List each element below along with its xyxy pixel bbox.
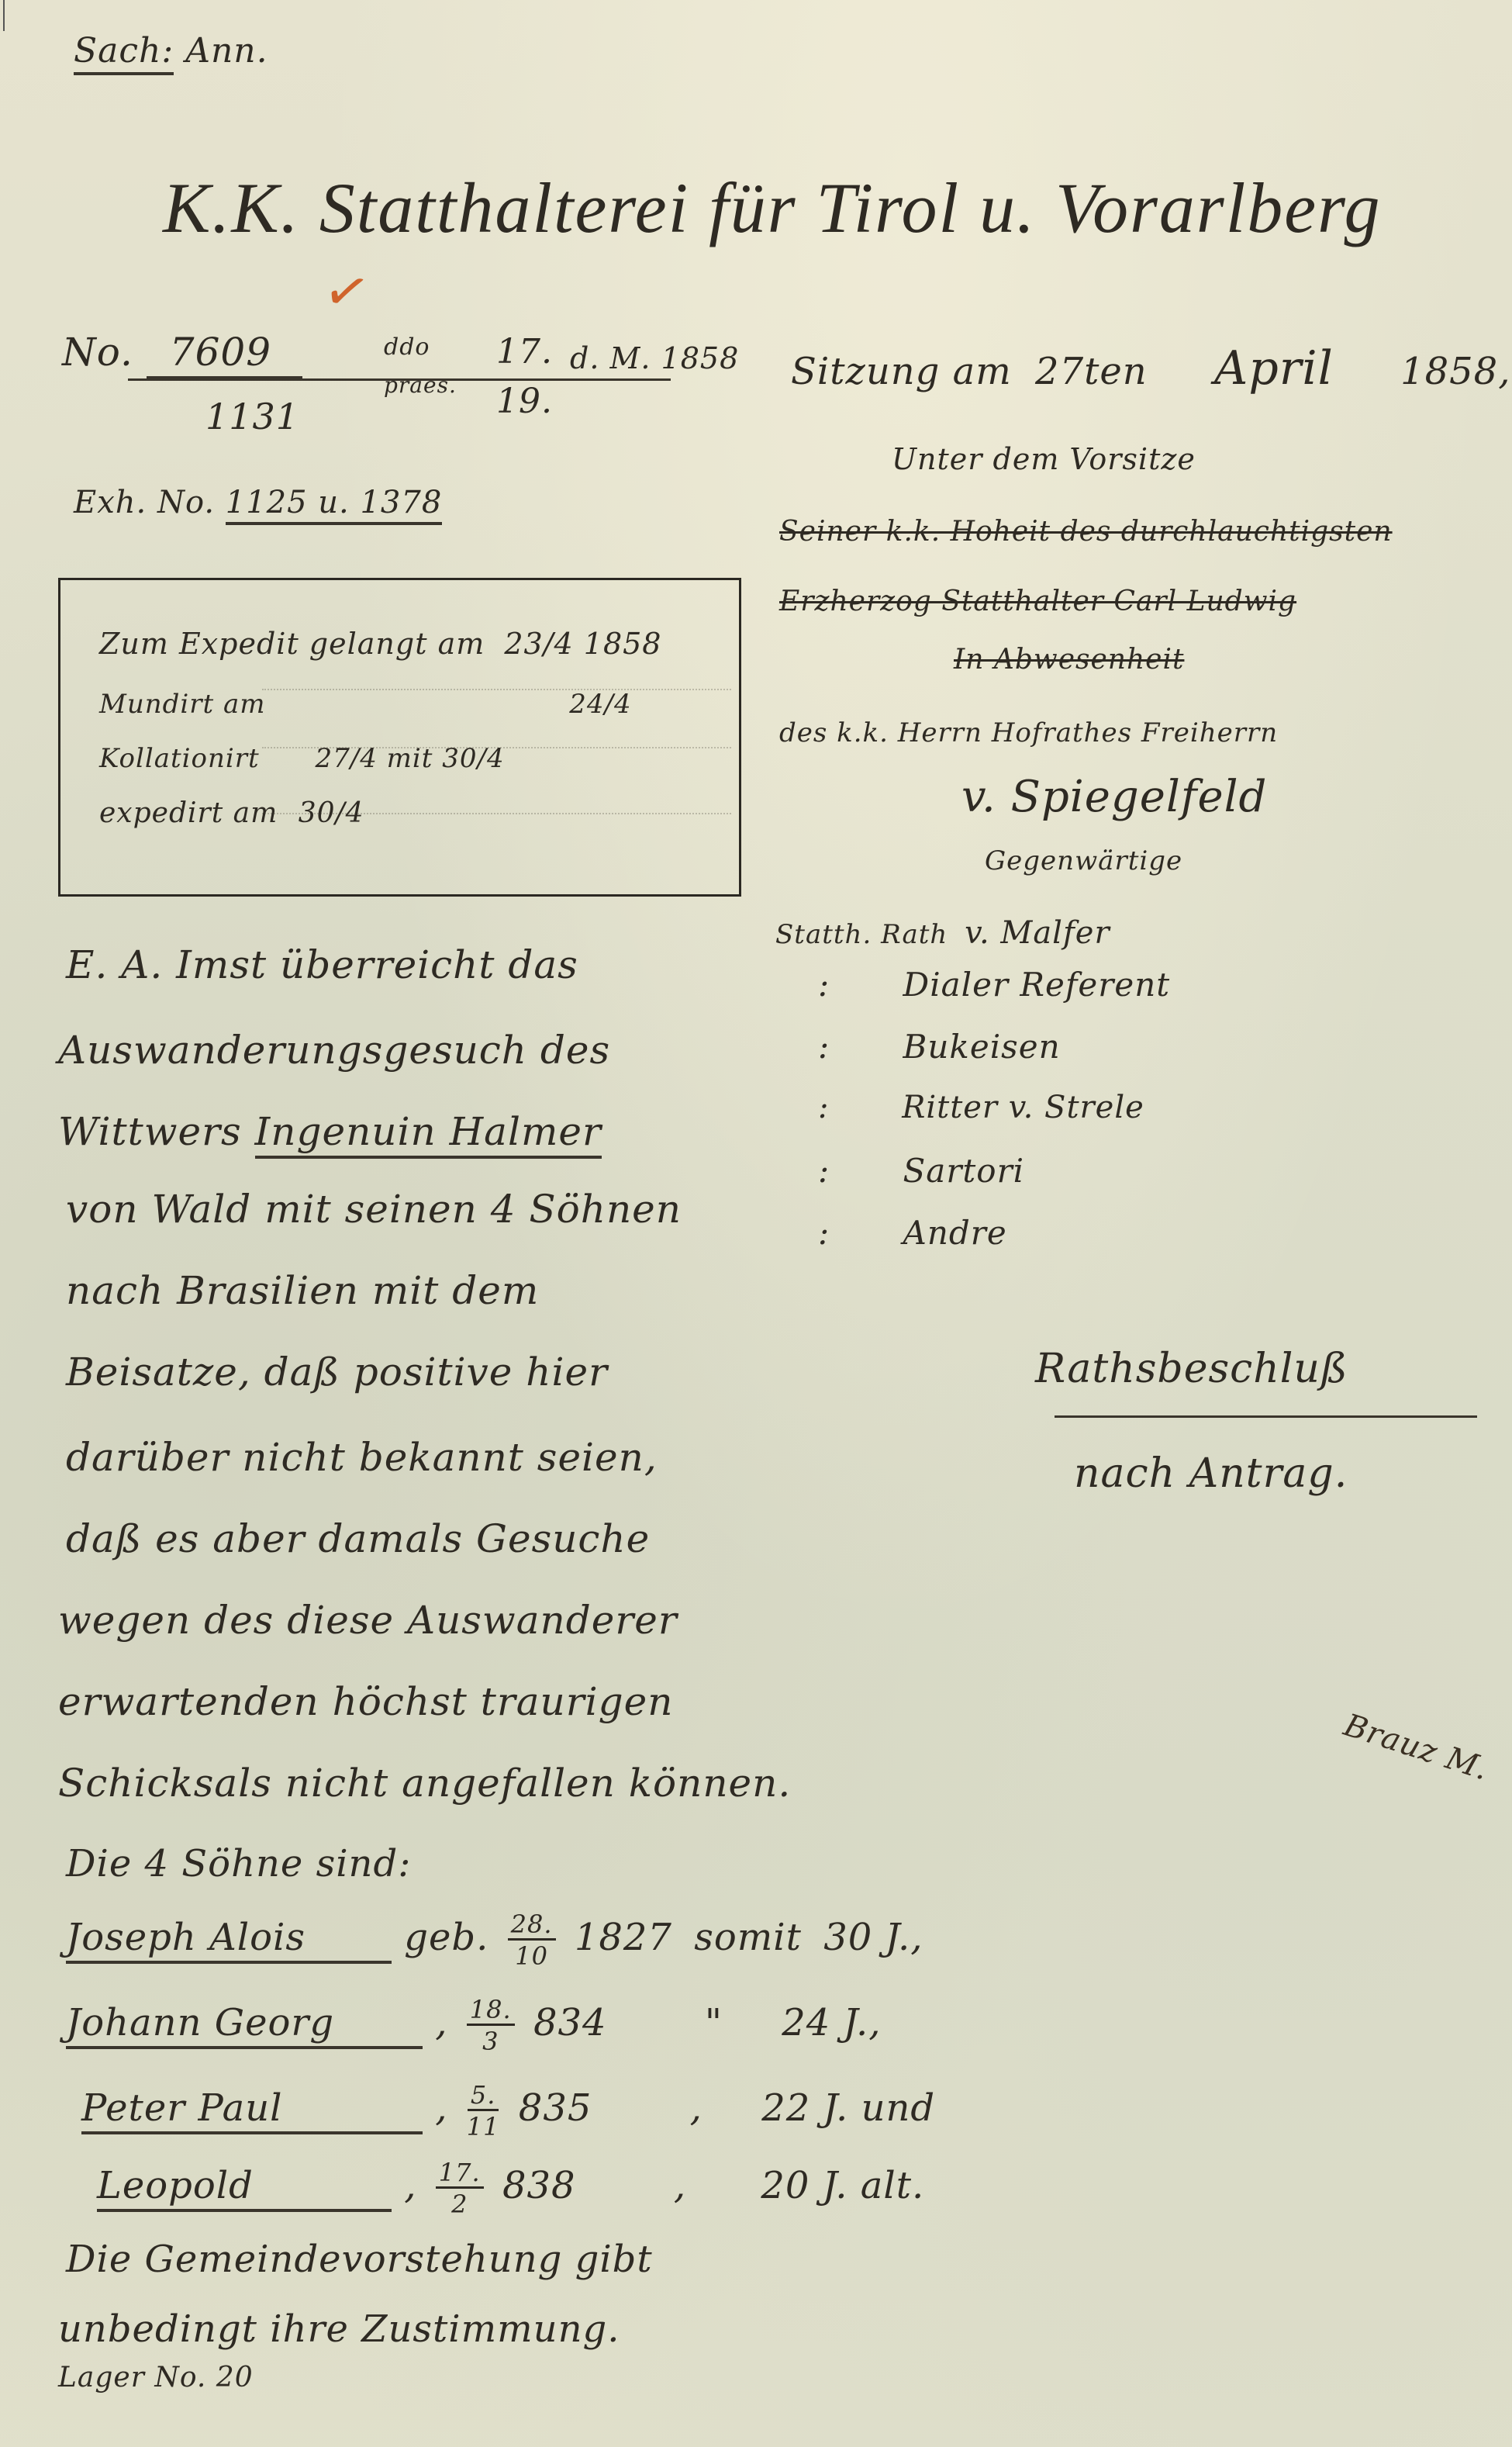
expedit-row-label: Kollationirt xyxy=(99,743,260,774)
son-birth-date: 28.10 xyxy=(508,1912,556,1968)
son-birth-date: 17.2 xyxy=(436,2160,484,2217)
member-row: : Andre xyxy=(818,1214,1007,1252)
under-chair-label: Unter dem Vorsitze xyxy=(892,442,1196,476)
reference-number: 7609 xyxy=(147,330,302,379)
expedit-row-value: 23/4 1858 xyxy=(504,627,661,661)
son-age: 30 J., xyxy=(823,1916,923,1959)
closing-line: unbedingt ihre Zustimmung. xyxy=(58,2307,620,2351)
underlined-name: Ingenuin Halmer xyxy=(255,1109,602,1159)
header-note: Sach: Ann. xyxy=(74,31,268,71)
member-row: Statth. Rath v. Malfer xyxy=(775,915,1110,951)
body-line: nach Brasilien mit dem xyxy=(66,1268,539,1313)
praes-day: 19. xyxy=(496,382,553,421)
member-name: Dialer Referent xyxy=(903,966,1171,1004)
expedit-row: Mundirt am 24/4 xyxy=(99,689,632,720)
page-edge-mark xyxy=(3,0,5,31)
struck-line-2: Erzherzog Statthalter Carl Ludwig xyxy=(779,586,1296,617)
member-row: : Bukeisen xyxy=(818,1028,1061,1066)
document-title: K.K. Statthalterei für Tirol u. Vorarlbe… xyxy=(163,167,1382,249)
decision-text: nach Antrag. xyxy=(1074,1450,1348,1497)
member-prefix: : xyxy=(818,1152,830,1190)
son-sep: somit xyxy=(694,1916,802,1959)
expedit-row-label: Zum Expedit gelangt am xyxy=(99,627,485,661)
son-name: Leopold xyxy=(97,2164,392,2212)
session-label: Sitzung am xyxy=(791,350,1012,393)
son-born-label: , xyxy=(435,2001,447,2044)
body-line: erwartenden höchst traurigen xyxy=(58,1679,673,1724)
son-born-label: , xyxy=(404,2164,416,2207)
struck-line-3: In Abwesenheit xyxy=(954,644,1184,676)
presiding-name: v. Spiegelfeld xyxy=(961,772,1267,822)
body-line: darüber nicht bekannt seien, xyxy=(66,1435,658,1480)
reference-line: No. 7609 xyxy=(62,330,302,375)
expedit-row: Zum Expedit gelangt am 23/4 1858 xyxy=(99,627,661,661)
son-name: Peter Paul xyxy=(81,2086,423,2134)
session-line: Sitzung am 27ten April 1858, xyxy=(791,341,1510,396)
son-age: 20 J. alt. xyxy=(761,2164,924,2207)
expedit-row: Kollationirt 27/4 mit 30/4 xyxy=(99,743,505,774)
member-prefix: Statth. Rath xyxy=(775,919,948,950)
member-name: Bukeisen xyxy=(903,1028,1061,1066)
body-line: Schicksals nicht angefallen können. xyxy=(58,1761,791,1806)
expedit-row-value: 27/4 mit 30/4 xyxy=(315,743,504,774)
son-sep: , xyxy=(674,2164,686,2207)
son-birth-year: 838 xyxy=(502,2164,576,2207)
month-year: d. M. 1858 xyxy=(570,341,739,375)
expedit-row-value: 30/4 xyxy=(299,797,364,829)
body-line: E. A. Imst überreicht das xyxy=(66,942,578,987)
body-line: Wittwers Ingenuin Halmer xyxy=(58,1109,602,1154)
presiding-line: des k.k. Herrn Hofrathes Freiherrn xyxy=(779,717,1278,748)
body-line: Die 4 Söhne sind: xyxy=(66,1842,411,1885)
son-row: Johann Georg , 18.3 834 " 24 J., xyxy=(66,1997,882,2054)
member-name: v. Malfer xyxy=(965,915,1110,951)
reference-underline xyxy=(128,378,671,381)
expedit-row: expedirt am 30/4 xyxy=(99,797,364,829)
red-check-mark-icon: ✓ xyxy=(318,256,375,327)
session-day: 27ten xyxy=(1035,350,1148,393)
son-birth-year: 1827 xyxy=(575,1916,672,1959)
son-sep: " xyxy=(705,2001,723,2044)
body-line: daß es aber damals Gesuche xyxy=(66,1516,650,1561)
exh-line: Exh. No. 1125 u. 1378 xyxy=(74,485,442,520)
body-line: Auswanderungsgesuch des xyxy=(58,1028,610,1073)
member-name: Andre xyxy=(903,1214,1007,1252)
expedit-row-value: 24/4 xyxy=(569,689,631,720)
exh-label: Exh. No. xyxy=(74,485,215,520)
signature-initials: Brauz M. xyxy=(1340,1707,1493,1788)
struck-line-1: Seiner k.k. Hoheit des durchlauchtigsten xyxy=(779,516,1393,548)
session-year: 1858, xyxy=(1400,350,1510,393)
son-name: Johann Georg xyxy=(66,2001,423,2049)
reference-sub-number: 1131 xyxy=(205,396,299,437)
lager-number: Lager No. 20 xyxy=(58,2362,254,2393)
son-birth-date: 5.11 xyxy=(467,2082,500,2139)
member-row: : Dialer Referent xyxy=(818,966,1170,1004)
header-note-label: Sach: xyxy=(74,31,174,75)
son-row: Leopold , 17.2 838 , 20 J. alt. xyxy=(97,2160,924,2217)
member-row: : Ritter v. Strele xyxy=(818,1090,1144,1125)
son-born-label: geb. xyxy=(404,1916,488,1959)
member-prefix: : xyxy=(818,1028,830,1066)
no-label: No. xyxy=(62,330,133,375)
manuscript-page: Sach: Ann. K.K. Statthalterei für Tirol … xyxy=(0,0,1512,2447)
son-birth-date: 18.3 xyxy=(467,1997,515,2054)
son-row: Peter Paul , 5.11 835 , 22 J. und xyxy=(81,2082,935,2139)
member-name: Sartori xyxy=(903,1152,1025,1190)
present-label: Gegenwärtige xyxy=(985,845,1182,876)
son-birth-year: 835 xyxy=(519,2086,592,2130)
session-month: April xyxy=(1214,341,1334,396)
decision-title: Rathsbeschluß xyxy=(1035,1346,1348,1392)
body-line: von Wald mit seinen 4 Söhnen xyxy=(66,1187,682,1232)
exh-numbers: 1125 u. 1378 xyxy=(226,485,443,525)
member-prefix: : xyxy=(818,1090,829,1125)
son-sep: , xyxy=(690,2086,702,2130)
expedit-row-label: expedirt am xyxy=(99,797,278,829)
expedit-box: Zum Expedit gelangt am 23/4 1858 Mundirt… xyxy=(58,578,741,897)
son-row: Joseph Alois geb. 28.10 1827 somit 30 J.… xyxy=(66,1912,923,1968)
son-age: 24 J., xyxy=(782,2001,881,2044)
member-prefix: : xyxy=(818,1214,830,1252)
son-age: 22 J. und xyxy=(761,2086,935,2130)
son-birth-year: 834 xyxy=(533,2001,607,2044)
body-line: Beisatze, daß positive hier xyxy=(66,1350,608,1395)
member-row: : Sartori xyxy=(818,1152,1024,1190)
praes-label: praes. xyxy=(384,372,457,398)
member-prefix: : xyxy=(818,966,830,1004)
son-name: Joseph Alois xyxy=(66,1916,392,1964)
decision-divider xyxy=(1055,1415,1477,1418)
member-name: Ritter v. Strele xyxy=(902,1090,1144,1125)
son-born-label: , xyxy=(435,2086,447,2130)
closing-line: Die Gemeindevorstehung gibt xyxy=(66,2238,653,2281)
dated-label: ddo xyxy=(384,334,430,361)
body-line: wegen des diese Auswanderer xyxy=(58,1598,678,1643)
expedit-row-label: Mundirt am xyxy=(99,689,265,720)
dated-day: 17. xyxy=(496,332,553,372)
header-note-value: Ann. xyxy=(185,31,268,71)
